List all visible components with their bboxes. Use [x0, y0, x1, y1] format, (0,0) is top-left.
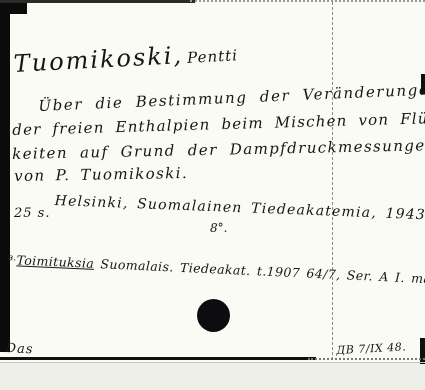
title-line-4: von P. Tuomikoski. — [14, 164, 188, 185]
hole-punch — [197, 299, 230, 332]
scan-edge-top-dotted — [190, 0, 425, 2]
card-bottom-shadow — [0, 362, 425, 363]
scan-edge-left — [0, 0, 10, 352]
pagination-note: 25 s. — [14, 206, 50, 221]
card-bottom-edge — [0, 357, 316, 360]
scan-edge-right-mark-lower — [420, 338, 425, 364]
author-given-name: Pentti — [187, 46, 239, 67]
catalog-card-scan: Tuomikoski,Pentti Über die Bestimmung de… — [0, 0, 425, 390]
card-bottom-edge-dotted — [308, 358, 425, 360]
bottom-left-signature-mark: Das — [5, 341, 34, 357]
card-vertical-rule — [332, 2, 333, 360]
scan-edge-top — [0, 0, 195, 3]
format-note: 8°. — [210, 221, 227, 235]
